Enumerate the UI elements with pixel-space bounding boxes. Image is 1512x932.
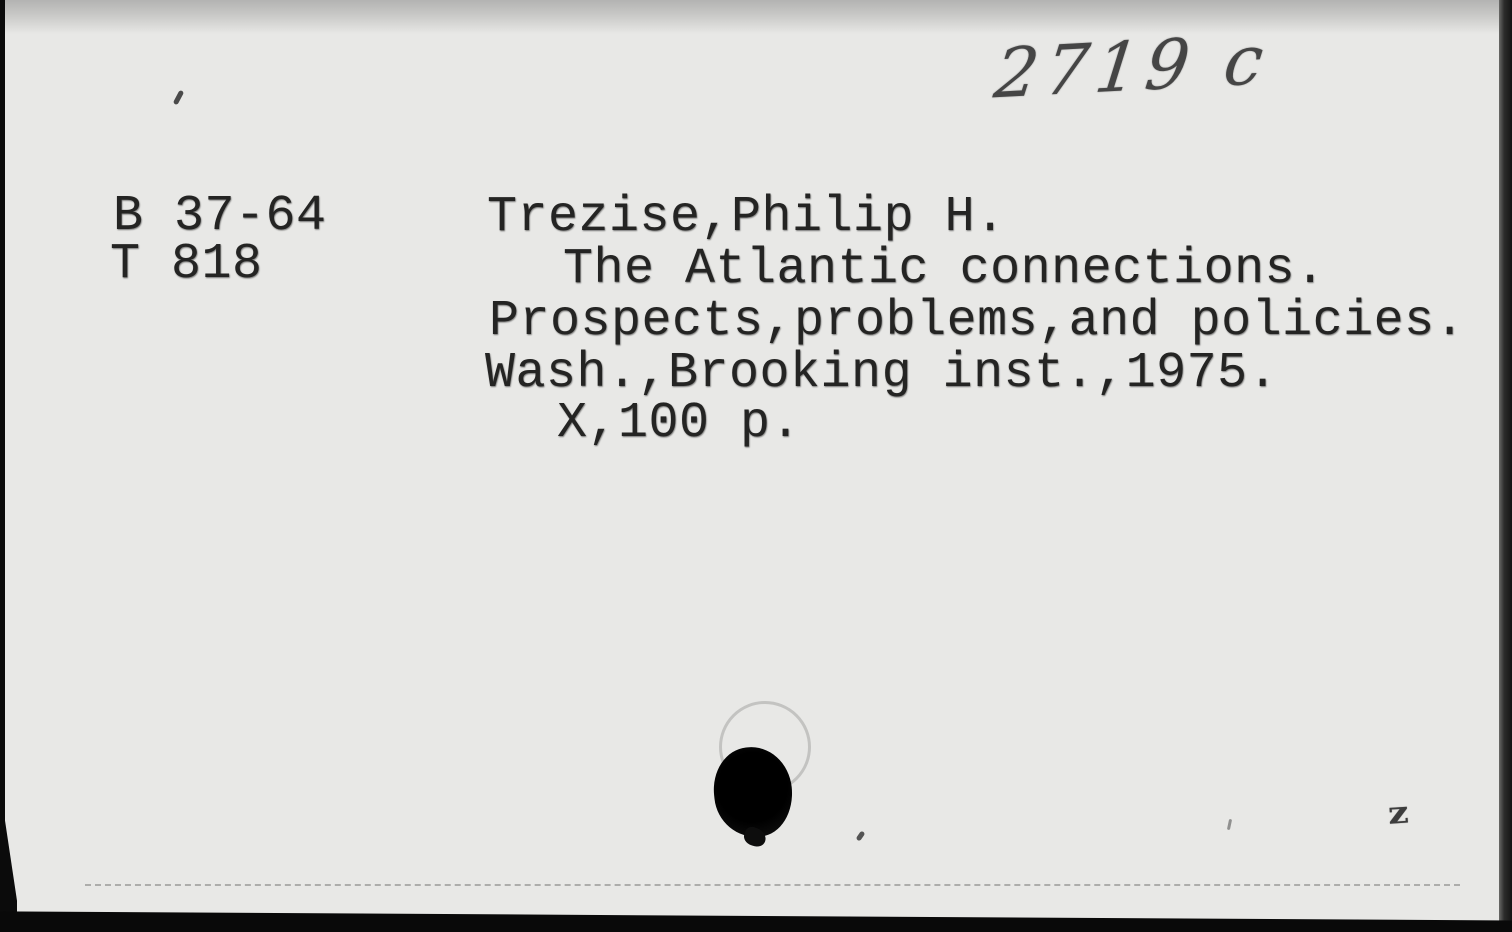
scan-left-edge [0, 0, 5, 932]
handwritten-accession-number: 2719 c [990, 20, 1274, 114]
call-number-line-2: T 818 [110, 239, 263, 291]
scan-bottom-left-edge [0, 790, 17, 932]
corner-z-mark: z [1387, 794, 1410, 831]
catalog-card-scan: 2719 c B 37-64 T 818 Trezise,Philip H. T… [0, 0, 1512, 932]
scan-right-edge [1499, 0, 1512, 932]
ink-speck [173, 90, 184, 106]
ink-speck [1227, 819, 1232, 830]
entry-author-line: Trezise,Philip H. [487, 192, 1006, 244]
entry-subtitle-line: Prospects,problems,and policies. [489, 296, 1465, 348]
entry-pagination-line: X,100 p. [557, 398, 801, 450]
scan-top-shadow-band [0, 0, 1512, 34]
entry-imprint-line: Wash.,Brooking inst.,1975. [485, 348, 1278, 400]
scan-bottom-edge [0, 908, 1512, 932]
ink-speck [856, 830, 866, 841]
bottom-dashed-rule [85, 884, 1460, 886]
entry-title-line: The Atlantic connections. [563, 244, 1326, 296]
